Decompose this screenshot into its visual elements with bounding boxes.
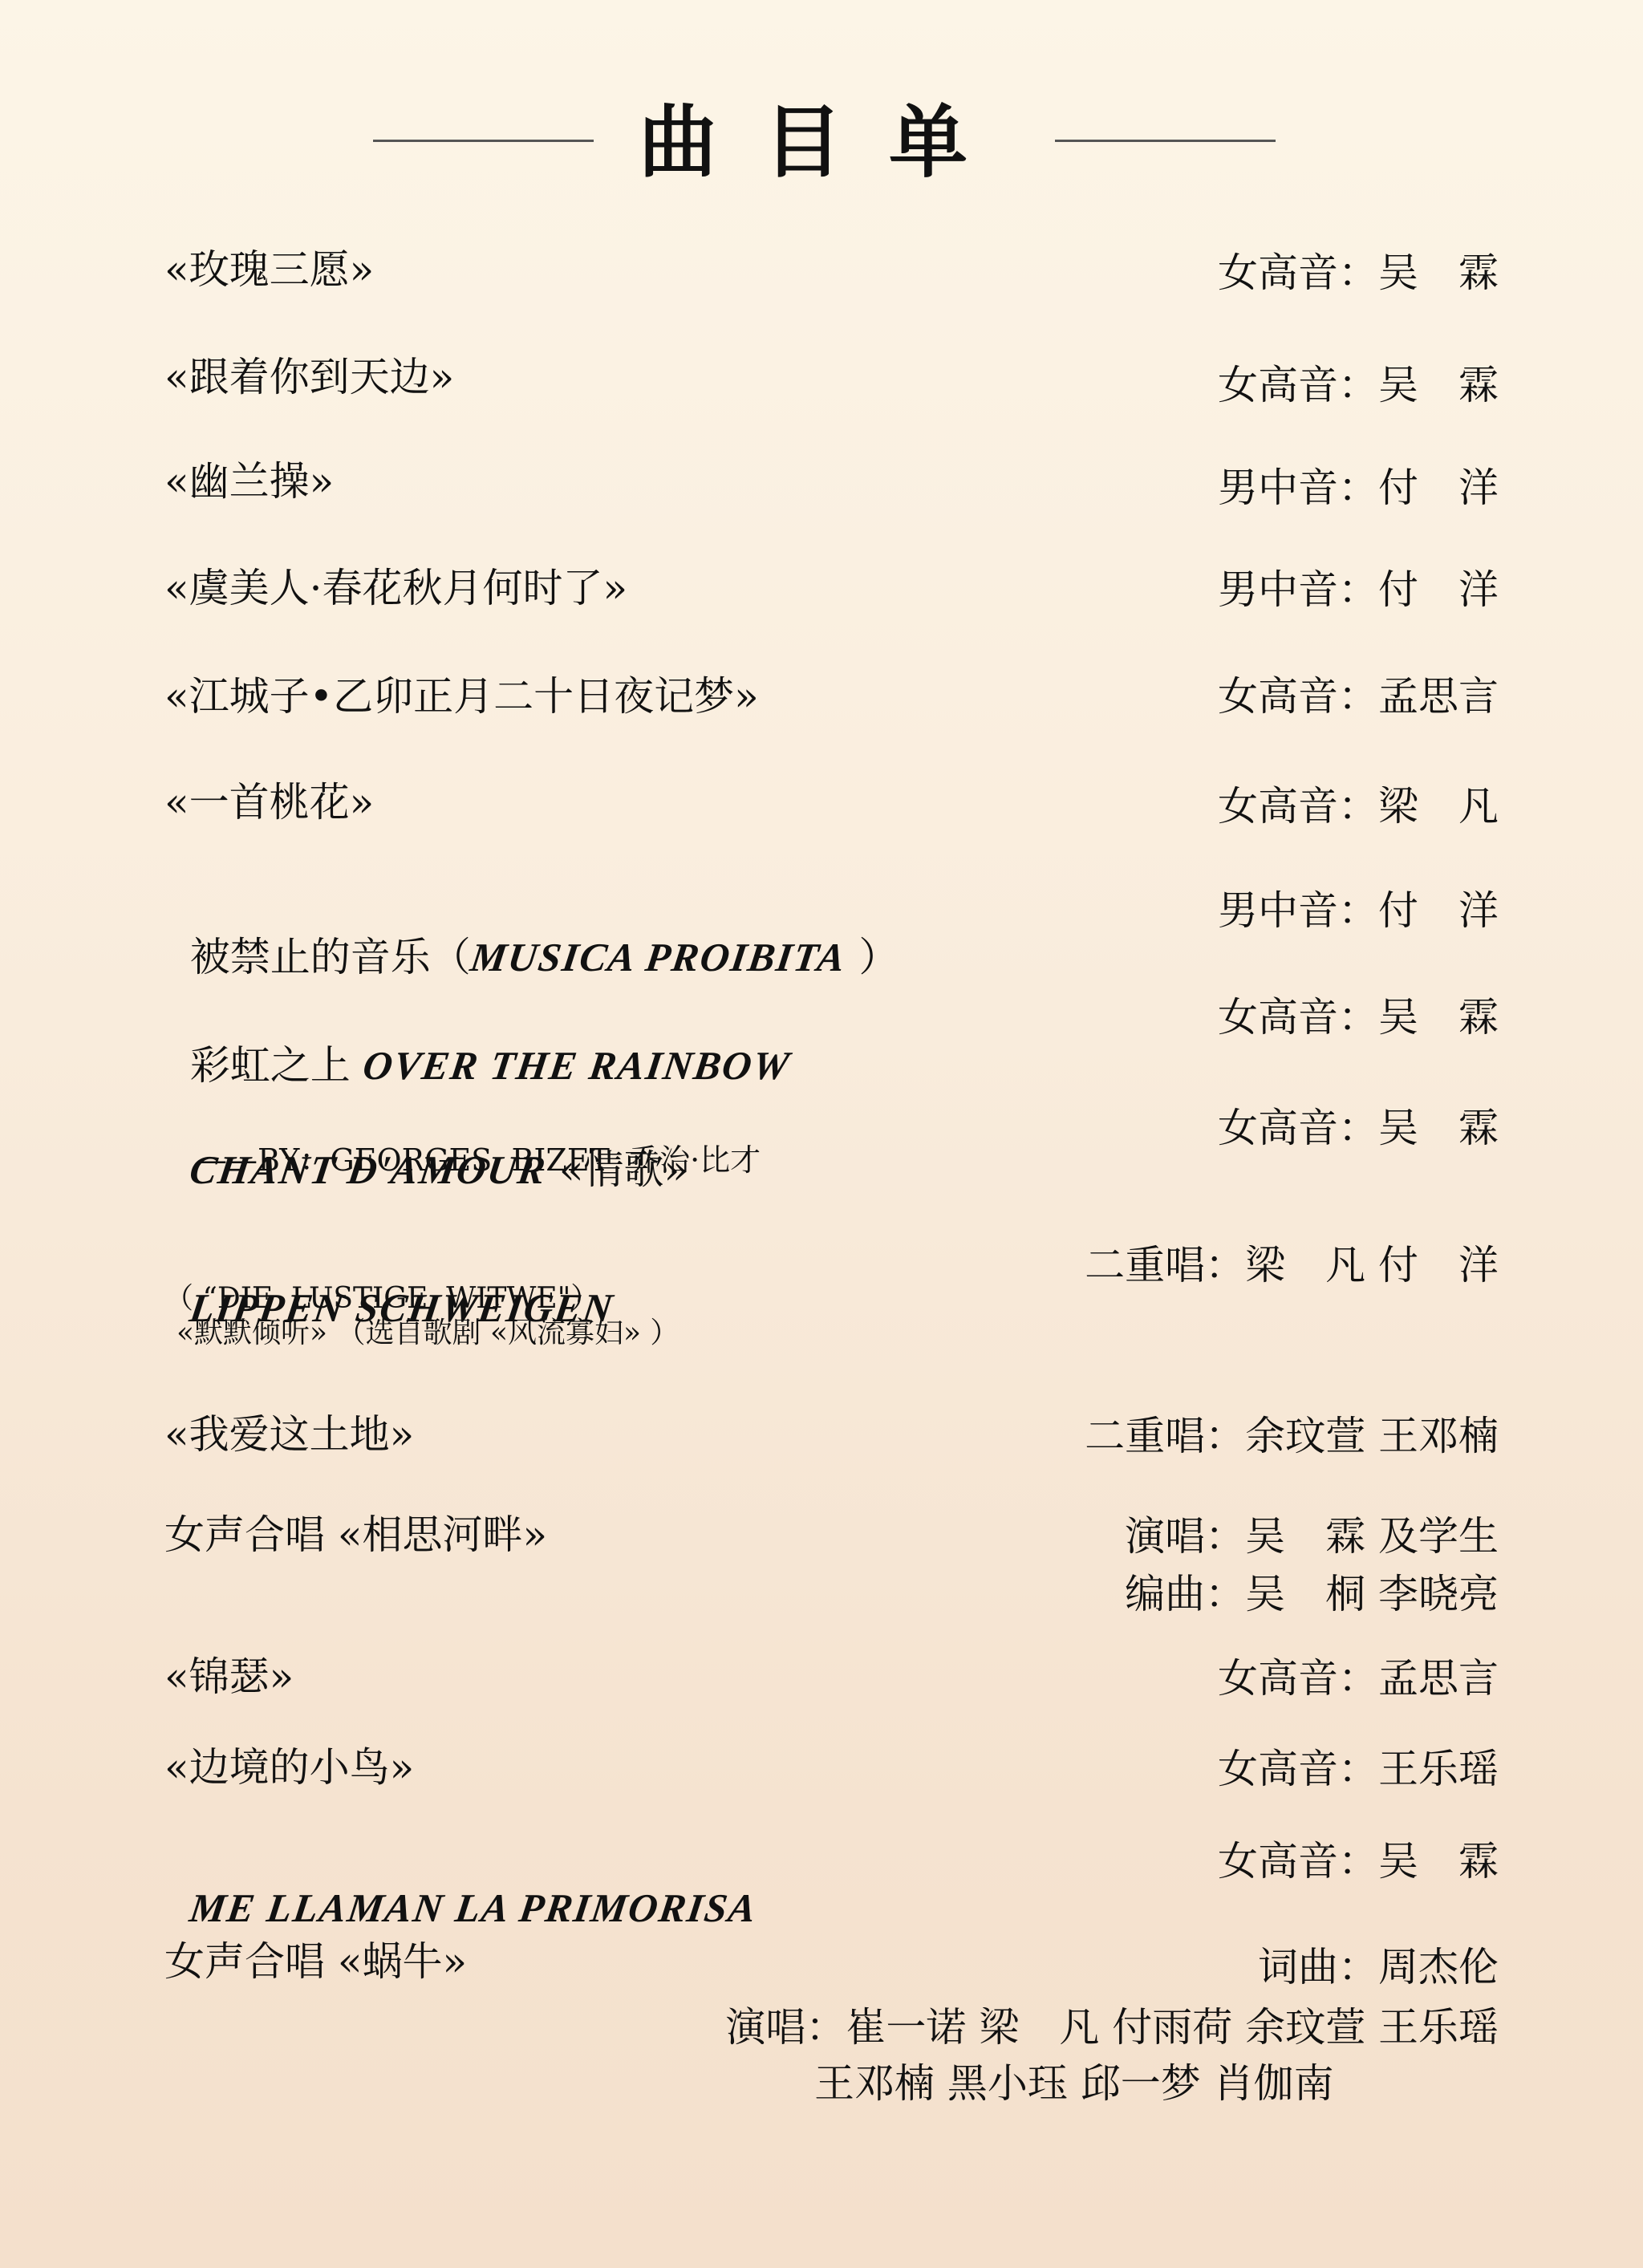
- program-item-title: 被禁止的音乐（MUSICA PROIBITA ）: [164, 885, 899, 981]
- program-item-performer-continued: 王邓楠 黑小珏 邱一梦 肖伽南: [814, 2059, 1334, 2108]
- program-item-title: «玫瑰三愿»: [164, 245, 374, 294]
- title-close-paren: ）: [846, 934, 899, 980]
- page-title: 曲目单: [634, 95, 1019, 191]
- program-item-title: 彩虹之上 OVER THE RAINBOW: [164, 993, 790, 1089]
- program-item-title: «江城子•乙卯正月二十日夜记梦»: [164, 672, 759, 720]
- program-item-title: ME LLAMAN LA PRIMORISA: [164, 1836, 757, 1932]
- title-rule-right: [1055, 140, 1276, 142]
- title-chinese: 彩虹之上: [190, 1042, 363, 1089]
- program-item-credit: 词曲：周杰伦: [1258, 1943, 1499, 1991]
- program-item-performer: 二重唱：梁 凡 付 洋: [1085, 1241, 1499, 1289]
- program-item-subtitle: «默默倾听» （选自歌剧 «风流寡妇» ）: [176, 1316, 679, 1351]
- program-item-title: «边境的小鸟»: [164, 1743, 414, 1791]
- program-item-performer: 女高音：吴 霖: [1218, 1104, 1499, 1152]
- program-item-title: «幽兰操»: [164, 457, 334, 505]
- program-item-performer: 男中音：付 洋: [1218, 566, 1499, 614]
- program-item-performer: 二重唱：余玟萱 王邓楠: [1085, 1412, 1499, 1460]
- program-item-performer: 演唱：吴 霖 及学生: [1125, 1512, 1499, 1560]
- program-item-title: «我爱这土地»: [164, 1410, 414, 1459]
- title-foreign: OVER THE RAINBOW: [359, 1041, 793, 1089]
- program-item-performer: 女高音：吴 霖: [1218, 993, 1499, 1041]
- program-item-title: «跟着你到天边»: [164, 353, 454, 401]
- program-item-performer: 女高音：吴 霖: [1218, 361, 1499, 409]
- program-item-title: 女声合唱 «相思河畔»: [164, 1511, 547, 1559]
- program-item-title: «一首桃花»: [164, 778, 374, 826]
- title-foreign: MUSICA PROIBITA: [468, 933, 850, 981]
- program-item-title: «锦瑟»: [164, 1653, 294, 1701]
- program-item-performer: 女高音：吴 霖: [1218, 249, 1499, 297]
- program-item-performer: 演唱：崔一诺 梁 凡 付雨荷 余玟萱 王乐瑶: [725, 2003, 1499, 2051]
- program-item-performer: 女高音：孟思言: [1218, 1654, 1499, 1702]
- title-chinese: 被禁止的音乐（: [190, 934, 471, 980]
- title-foreign: ME LLAMAN LA PRIMORISA: [187, 1884, 761, 1932]
- program-item-title: 女声合唱 «蜗牛»: [164, 1937, 467, 1986]
- program-item-performer: 女高音：梁 凡: [1218, 782, 1499, 830]
- program-item-performer: 女高音：吴 霖: [1218, 1837, 1499, 1885]
- program-item-performer: 女高音：孟思言: [1218, 672, 1499, 720]
- program-item-title: «虞美人·春花秋月何时了»: [164, 564, 627, 612]
- program-item-subtitle: ——BY：GEORGES BIZET 乔治·比才: [197, 1142, 761, 1179]
- title-rule-left: [373, 140, 594, 142]
- program-item-arranger: 编曲：吴 桐 李晓亮: [1125, 1570, 1499, 1618]
- program-item-performer: 男中音：付 洋: [1218, 464, 1499, 512]
- program-item-performer: 女高音：王乐瑶: [1218, 1745, 1499, 1793]
- program-item-subtitle: （ “DIE LUSTIGE WITWE"）: [164, 1281, 599, 1317]
- program-item-performer: 男中音：付 洋: [1218, 887, 1499, 935]
